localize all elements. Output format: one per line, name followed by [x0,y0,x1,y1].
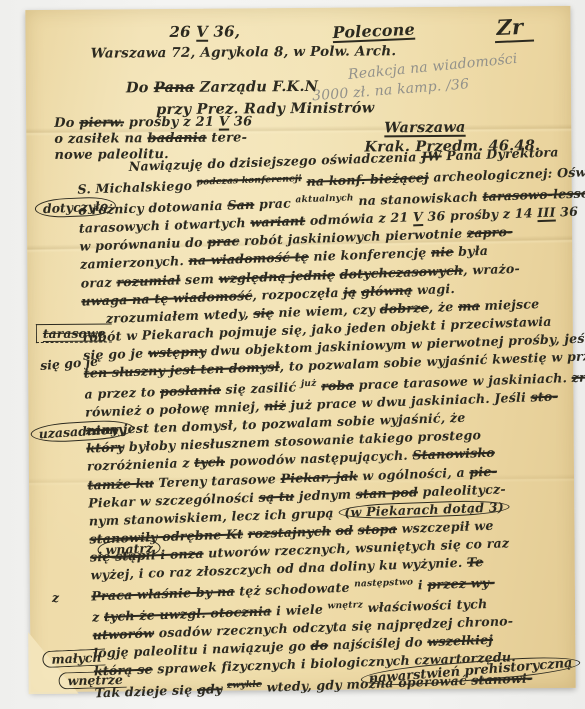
struck-out-text: są tu [258,488,294,504]
struck-out-text: San [227,197,255,213]
margin-note: tarasowe [36,323,112,343]
handwritten-text: S. Michalskiego [77,178,197,197]
side-note-line: o zasiłek na badania tere- [54,130,252,148]
handwritten-text: się zasilić [221,379,302,397]
handwritten-text: Do [54,116,79,131]
struck-out-text: badania [147,131,206,146]
struck-out-text: stopa [357,521,397,537]
handwritten-text: najściślej do [328,634,428,652]
struck-out-text: rozumiał [116,272,181,289]
handwritten-text: Warszawa [384,119,465,137]
struck-out-text: posłania [160,382,221,399]
handwritten-text: archeologicznej: Oświadczenie to [429,162,585,185]
handwritten-text: , że [428,299,458,315]
struck-out-text: utworów [92,626,154,643]
handwritten-text: Pana Dyrektora [441,144,558,163]
struck-out-text: JW [421,148,442,164]
handwritten-text: nie wiem, czy [274,301,380,320]
handwritten-text: w ogólności, a [358,464,470,483]
margin-note-text: z [52,590,59,605]
handwritten-text: nie konferencję [309,245,432,264]
struck-out-text: się [253,305,274,321]
struck-out-text: roba [321,378,354,394]
margin-note-text: wnątrz [105,540,153,557]
margin-note: małych [42,648,106,668]
handwritten-text: w porównaniu do [79,235,207,254]
struck-out-text: Stanowisko [412,445,495,463]
struck-out-text: do [310,638,328,654]
handwritten-text: Tereny tarasowe [154,471,281,490]
handwritten-text: na stanowiskach [353,189,482,208]
handwritten-text: wnętrz [327,599,363,611]
struck-out-text: przez wy- [427,575,495,592]
handwritten-text: 36, [208,22,240,40]
handwritten-text: właściwości tych [363,596,488,615]
struck-out-text: zre- [571,369,585,385]
letter-body: Nawiązuję do dzisiejszego oświadczenia J… [77,143,581,702]
margin-note-text: tarasowe [43,326,106,341]
struck-out-text: wszelkiej [427,632,493,649]
struck-out-text: tych [194,454,225,470]
handwritten-text: następstwo [354,577,413,590]
margin-note: z [52,590,59,605]
struck-out-text: wariant [250,213,305,230]
handwritten-text: Zarządu F.K.N [194,78,318,96]
handwritten-text: tere- [207,130,248,145]
struck-out-text: główną [361,282,413,299]
margin-annotations: dotyczyłotarasowesię go jeuzasadnionywną… [25,6,570,10]
struck-out-text: zapro- [467,224,513,241]
handwritten-text: Polecone [332,20,415,43]
date-text: 26 V 36, [169,22,240,41]
handwritten-text: V [219,115,229,130]
struck-out-text: tamże ku [87,475,154,492]
struck-out-text: na konf. bieżącej [306,170,429,189]
handwritten-text: a przez to [84,384,160,402]
handwritten-text: V [196,23,208,41]
handwritten-text: Do [126,79,154,96]
struck-out-text: sto- [530,389,558,405]
handwritten-text: sem [180,271,219,287]
struck-out-text: stan pod [355,484,418,501]
margin-note-text: dotyczyło [43,198,109,216]
struck-out-text: Te [467,554,484,570]
handwritten-text: , rozpoczęła [252,284,343,302]
struck-out-text: Pana [154,79,195,96]
handwritten-text: rozróżnienia z [87,455,195,474]
struck-out-text: Piekar, jak [280,468,358,486]
handwritten-text: była [453,243,488,259]
margin-note-text: małych [51,650,102,667]
struck-out-text: pierw. [79,115,124,130]
side-note-line: Do pierw. prośby z 21 V 36 [54,114,252,132]
margin-note-text: wnętrze [67,672,123,688]
struck-out-text: dotychczasowych [339,262,463,281]
recipient-block: Do Pana Zarządu F.K.Nprzy Prez. Rady Min… [25,6,570,10]
handwritten-text: o zasiłek na [54,131,147,147]
recipient-line: Warszawa [384,119,465,137]
struck-out-text: na wiadomość tę [188,249,309,268]
struck-out-text: tarasowo-lesso [482,185,585,204]
handwritten-text: 26 [169,23,196,41]
struck-out-text: niż [264,398,286,414]
handwritten-text: tęż schodowate [234,580,354,599]
struck-out-text: gdy [197,681,223,697]
struck-out-text: który [86,440,124,456]
struck-out-text: rozstajnych [247,523,331,541]
handwritten-text: III [537,205,556,221]
struck-out-text: względną jednię [218,267,335,286]
struck-out-text: wstępny [148,343,207,360]
monogram-paraph: Zr [494,13,534,43]
paper-sheet: 26 V 36, Polecone Zr Warszawa 72, Agryko… [25,6,575,692]
handwritten-text: , wrażo- [463,260,520,277]
handwritten-text: oraz [80,274,116,290]
handwritten-text: już [301,378,317,390]
struck-out-text: ma [458,298,480,314]
sender-address: Warszawa 72, Agrykola 8, w Polw. Arch. [91,43,397,61]
handwritten-text: 36 [555,204,578,220]
struck-out-text: prac [207,234,240,250]
handwritten-text: wagi. [412,281,455,297]
handwritten-text: odmówia z 21 [305,210,413,229]
struck-out-text: dobrze [379,300,428,317]
handwritten-text: 36 [229,114,252,129]
struck-out-text: pie- [469,463,497,479]
registered-mail-label: Polecone [332,20,415,43]
handwritten-text: zamierzonych. [80,253,189,272]
struck-out-text: podczas konferencji [196,173,302,188]
handwritten-text: paleolitycz- [418,481,506,499]
struck-out-text: od [335,522,353,538]
handwritten-text: prośby z 21 [124,115,219,131]
margin-note: wnętrze [58,671,127,690]
handwritten-text: 36 prośby z 14 [423,205,538,224]
handwritten-text: i wiele [271,602,328,619]
handwritten-text: aktualnych [295,193,354,206]
handwritten-text: miejsce [480,296,540,313]
recipient-line: Do Pana Zarządu F.K.N [126,78,318,97]
handwritten-text: jednym [294,486,356,503]
handwritten-text: i [413,577,428,592]
struck-out-text: ją [343,284,357,299]
handwritten-text: wszczepił we [397,518,494,536]
handwritten-text: prac [254,195,296,211]
struck-out-text: zwykle [227,678,262,690]
struck-out-text: nie [431,244,454,260]
handwritten-text: z [92,609,104,624]
